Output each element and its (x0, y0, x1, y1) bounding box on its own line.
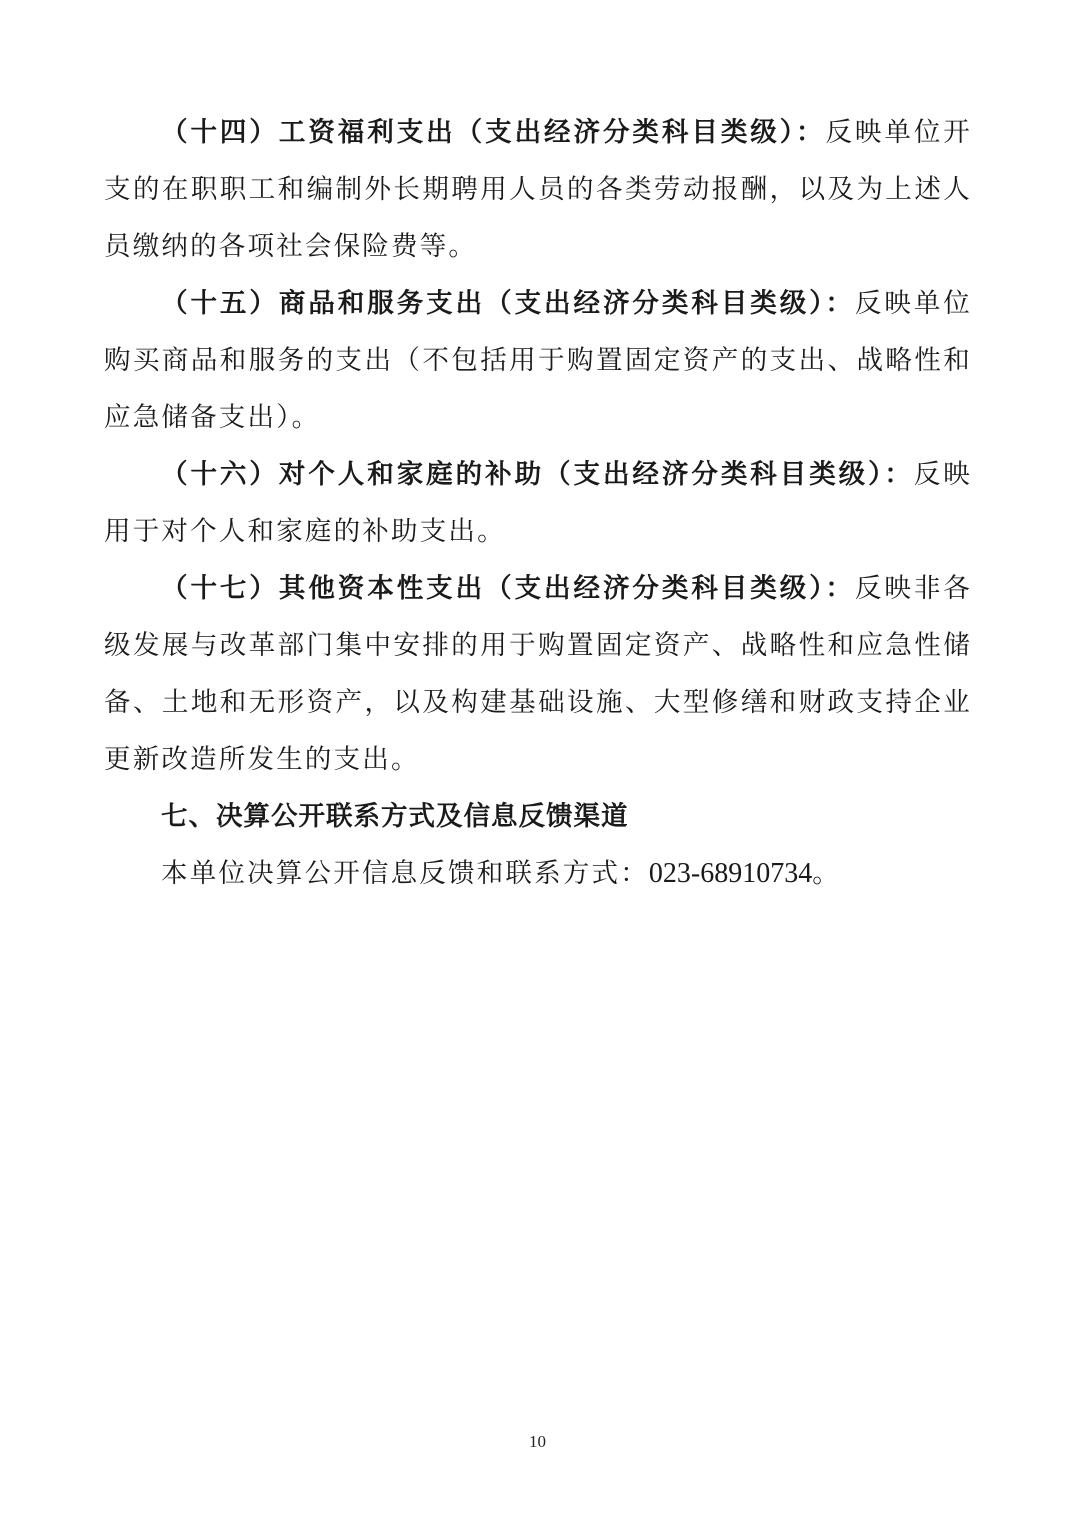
definition-item-14: （十四）工资福利支出（支出经济分类科目类级）：反映单位开支的在职职工和编制外长期… (104, 104, 972, 275)
section-heading: 七、决算公开联系方式及信息反馈渠道 (104, 788, 972, 845)
definition-item-17: （十七）其他资本性支出（支出经济分类科目类级）：反映非各级发展与改革部门集中安排… (104, 560, 972, 788)
contact-end-mark: 。 (812, 858, 841, 889)
definition-term: （十七）其他资本性支出（支出经济分类科目类级）： (161, 573, 855, 604)
definition-term: （十五）商品和服务支出（支出经济分类科目类级）： (161, 288, 855, 319)
definition-item-15: （十五）商品和服务支出（支出经济分类科目类级）：反映单位购买商品和服务的支出（不… (104, 275, 972, 446)
contact-line: 本单位决算公开信息反馈和联系方式：023-68910734。 (104, 845, 972, 902)
definition-item-16: （十六）对个人和家庭的补助（支出经济分类科目类级）：反映用于对个人和家庭的补助支… (104, 446, 972, 560)
document-page: （十四）工资福利支出（支出经济分类科目类级）：反映单位开支的在职职工和编制外长期… (104, 104, 972, 902)
contact-phone: 023-68910734 (649, 858, 812, 889)
page-number: 10 (0, 1432, 1075, 1452)
definition-term: （十四）工资福利支出（支出经济分类科目类级）： (161, 117, 825, 148)
contact-label: 本单位决算公开信息反馈和联系方式： (161, 858, 649, 889)
definition-term: （十六）对个人和家庭的补助（支出经济分类科目类级）： (161, 459, 914, 490)
